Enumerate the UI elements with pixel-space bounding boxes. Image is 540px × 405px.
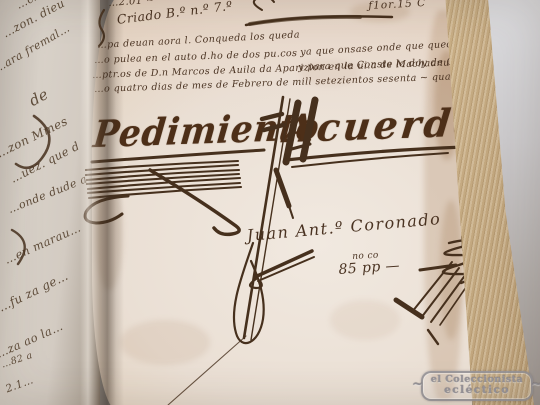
watermark-line2: ecléctico [427, 385, 527, 396]
manuscript-photo: …cha d …zon. dieu …ara fremal… de …zon M… [0, 0, 540, 405]
watermark-flourish-right: ~ [531, 378, 540, 392]
right-page [92, 0, 472, 405]
gutter-shadow [80, 0, 124, 405]
watermark-logo: ~ el Coleccionista ecléctico ~ [421, 371, 533, 401]
watermark-flourish-left: ~ [412, 378, 423, 392]
